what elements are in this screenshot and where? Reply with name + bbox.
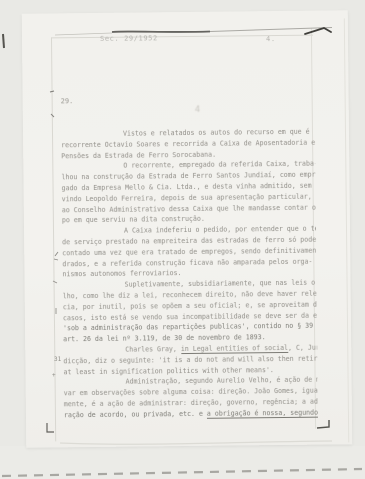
scan-background-strip xyxy=(0,446,365,479)
text-line: ração de acordo, ou privada, etc. e a ob… xyxy=(64,407,318,420)
margin-tick: + xyxy=(52,372,56,379)
margin-note: 31 xyxy=(54,356,61,363)
section-header-label: Sec. 29/1952 xyxy=(100,34,158,43)
center-page-mark: 4 xyxy=(195,105,201,115)
folio-number: 29. xyxy=(61,97,74,105)
typewritten-page: Sec. 29/1952 4. 29. 4 Vistos e relatados… xyxy=(22,10,353,447)
typewritten-text-block: Vistos e relatados os autos do recurso e… xyxy=(61,127,318,421)
left-edge-mark-icon xyxy=(3,34,4,48)
scanned-document-photo: Sec. 29/1952 4. 29. 4 Vistos e relatados… xyxy=(0,0,365,479)
page-number: 4. xyxy=(266,35,276,43)
underlined-text: a obrigação é nossa, segundo uso xyxy=(207,408,318,419)
page-left-rule xyxy=(51,37,56,441)
page-right-edge xyxy=(344,18,349,442)
